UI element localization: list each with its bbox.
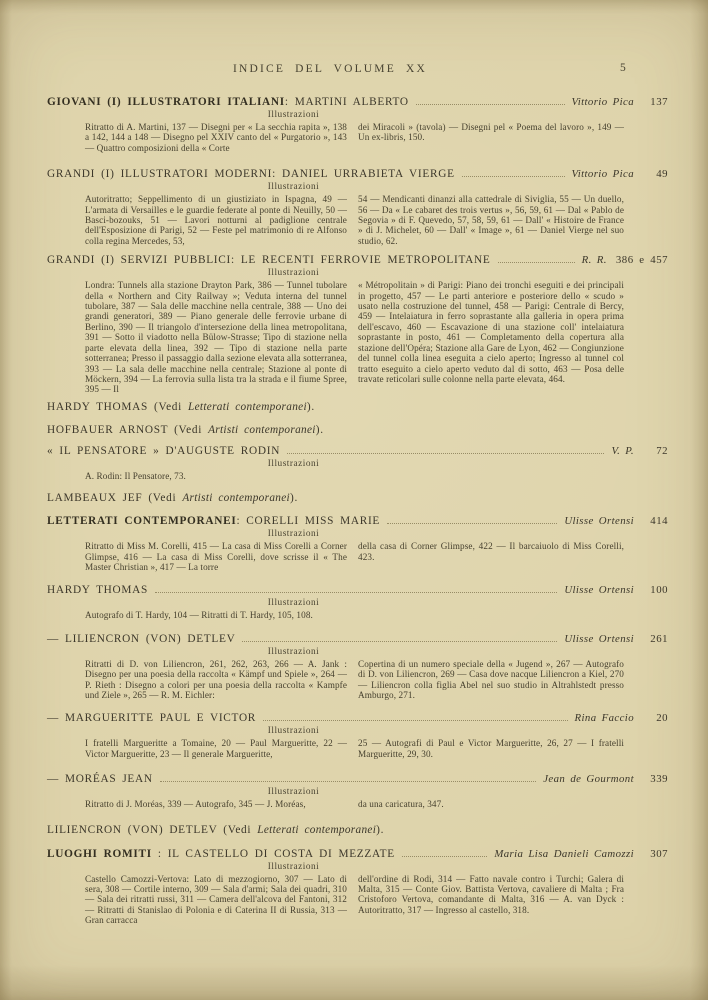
illustrations-list: Ritratto di Miss M. Corelli, 415 — La ca…: [47, 539, 668, 572]
illustrations-list: Ritratti di D. von Liliencron, 261, 262,…: [47, 657, 668, 701]
entry-author: Vittorio Pica: [572, 167, 634, 181]
page-number: 5: [620, 62, 626, 74]
illustrations-list: Autoritratto; Seppellimento di un giusti…: [47, 192, 668, 246]
entry-title: GRANDI (I) SERVIZI PUBBLICI: LE RECENTI …: [47, 253, 491, 267]
illustrations-right-column: [358, 610, 624, 620]
entry-title: HARDY THOMAS: [47, 583, 148, 597]
entry-page-number: 72: [643, 444, 668, 458]
entry-page-number: 307: [643, 847, 668, 861]
entry-title: GRANDI (I) ILLUSTRATORI MODERNI: DANIEL …: [47, 167, 455, 181]
index-entry: HARDY THOMAS Ulisse Ortensi 100 Illustra…: [47, 583, 668, 620]
illustrations-list: Castello Camozzi-Vertova: Lato di mezzog…: [47, 872, 668, 926]
index-entry: LUOGHI ROMITI : IL CASTELLO DI COSTA DI …: [47, 847, 668, 926]
illustrations-right-column: da una caricatura, 347.: [358, 799, 624, 809]
index-entry: — LILIENCRON (VON) DETLEV Ulisse Ortensi…: [47, 632, 668, 701]
entry-author: Ulisse Ortensi: [564, 632, 634, 646]
illustrations-caption: Illustrazioni: [0, 726, 604, 736]
illustrations-caption: Illustrazioni: [0, 268, 604, 278]
illustrations-list: Londra: Tunnels alla stazione Drayton Pa…: [47, 278, 668, 394]
entry-author: R. R.: [582, 253, 607, 267]
illustrations-caption: Illustrazioni: [0, 787, 604, 797]
illustrations-caption: Illustrazioni: [0, 862, 604, 872]
illustrations-left-column: Autoritratto; Seppellimento di un giusti…: [85, 194, 347, 246]
entry-page-number: 386 e 457: [616, 253, 668, 267]
index-entry: LETTERATI CONTEMPORANEI: CORELLI MISS MA…: [47, 514, 668, 572]
index-entry: GRANDI (I) SERVIZI PUBBLICI: LE RECENTI …: [47, 253, 668, 394]
index-entry: GIOVANI (I) ILLUSTRATORI ITALIANI: MARTI…: [47, 95, 668, 153]
entry-page-number: 339: [643, 772, 668, 786]
entry-title: GIOVANI (I) ILLUSTRATORI ITALIANI: MARTI…: [47, 95, 409, 109]
illustrations-left-column: Ritratto di Miss M. Corelli, 415 — La ca…: [85, 541, 347, 572]
dotted-leader: [402, 856, 488, 857]
illustrations-list: I fratelli Margueritte a Tomaine, 20 — P…: [47, 736, 668, 759]
scanned-index-page: INDICE DEL VOLUME XX 5 GIOVANI (I) ILLUS…: [0, 0, 708, 1000]
index-entry-heading: — LILIENCRON (VON) DETLEV Ulisse Ortensi…: [47, 632, 668, 646]
illustrations-right-column: « Métropolitain » di Parigi: Piano dei t…: [358, 280, 624, 394]
illustrations-caption: Illustrazioni: [0, 182, 604, 192]
index-entry-heading: GRANDI (I) SERVIZI PUBBLICI: LE RECENTI …: [47, 253, 668, 267]
illustrations-list: Ritratto di J. Moréas, 339 — Autografo, …: [47, 797, 668, 809]
index-entry-heading: LUOGHI ROMITI : IL CASTELLO DI COSTA DI …: [47, 847, 668, 861]
entry-author: Rina Faccio: [575, 711, 634, 725]
entry-author: V. P.: [611, 444, 634, 458]
dotted-leader: [155, 592, 557, 593]
dotted-leader: [498, 262, 575, 263]
entry-author: Jean de Gourmont: [543, 772, 634, 786]
entry-title: — LILIENCRON (VON) DETLEV: [47, 632, 235, 646]
illustrations-caption: Illustrazioni: [0, 110, 604, 120]
dotted-leader: [416, 104, 565, 105]
entry-page-number: 100: [643, 583, 668, 597]
illustrations-right-column: Copertina di un numero speciale della « …: [358, 659, 624, 701]
illustrations-left-column: Ritratto di J. Moréas, 339 — Autografo, …: [85, 799, 347, 809]
entry-title: LUOGHI ROMITI : IL CASTELLO DI COSTA DI …: [47, 847, 395, 861]
index-entry: — MORÉAS JEAN Jean de Gourmont 339 Illus…: [47, 772, 668, 809]
entry-title: — MARGUERITTE PAUL E VICTOR: [47, 711, 256, 725]
illustrations-left-column: Castello Camozzi-Vertova: Lato di mezzog…: [85, 874, 347, 926]
dotted-leader: [387, 523, 557, 524]
illustrations-right-column: dell'ordine di Rodi, 314 — Fatto navale …: [358, 874, 624, 926]
index-entry-heading: — MORÉAS JEAN Jean de Gourmont 339: [47, 772, 668, 786]
illustrations-caption: Illustrazioni: [0, 647, 604, 657]
index-entry-heading: « IL PENSATORE » D'AUGUSTE RODIN V. P. 7…: [47, 444, 668, 458]
entry-page-number: 414: [643, 514, 668, 528]
index-entry: « IL PENSATORE » D'AUGUSTE RODIN V. P. 7…: [47, 444, 668, 481]
entry-title: LETTERATI CONTEMPORANEI: CORELLI MISS MA…: [47, 514, 380, 528]
dotted-leader: [287, 453, 604, 454]
index-entry-heading: — MARGUERITTE PAUL E VICTOR Rina Faccio …: [47, 711, 668, 725]
illustrations-left-column: I fratelli Margueritte a Tomaine, 20 — P…: [85, 738, 347, 759]
dotted-leader: [263, 720, 567, 721]
index-entry: GRANDI (I) ILLUSTRATORI MODERNI: DANIEL …: [47, 167, 668, 246]
illustrations-caption: Illustrazioni: [0, 529, 604, 539]
entry-page-number: 137: [643, 95, 668, 109]
entry-title: — MORÉAS JEAN: [47, 772, 153, 786]
index-entry: — MARGUERITTE PAUL E VICTOR Rina Faccio …: [47, 711, 668, 759]
illustrations-left-column: Ritratti di D. von Liliencron, 261, 262,…: [85, 659, 347, 701]
entry-page-number: 49: [643, 167, 668, 181]
index-entry-heading: GIOVANI (I) ILLUSTRATORI ITALIANI: MARTI…: [47, 95, 668, 109]
index-cross-reference: HOFBAUER ARNOST (Vedi Artisti contempora…: [47, 423, 668, 437]
index-cross-reference: LAMBEAUX JEF (Vedi Artisti contemporanei…: [47, 491, 668, 505]
page-header-title: INDICE DEL VOLUME XX: [0, 63, 660, 75]
entry-author: Vittorio Pica: [572, 95, 634, 109]
illustrations-caption: Illustrazioni: [0, 598, 604, 608]
dotted-leader: [160, 781, 536, 782]
entry-author: Ulisse Ortensi: [564, 583, 634, 597]
illustrations-right-column: 25 — Autografi di Paul e Victor Margueri…: [358, 738, 624, 759]
illustrations-list: A. Rodin: Il Pensatore, 73.: [47, 469, 668, 481]
illustrations-right-column: dei Miracoli » (tavola) — Disegni pel « …: [358, 122, 624, 153]
illustrations-right-column: [358, 471, 624, 481]
illustrations-left-column: Londra: Tunnels alla stazione Drayton Pa…: [85, 280, 347, 394]
illustrations-right-column: 54 — Mendicanti dinanzi alla cattedrale …: [358, 194, 624, 246]
index-entry-heading: HARDY THOMAS Ulisse Ortensi 100: [47, 583, 668, 597]
dotted-leader: [242, 641, 557, 642]
illustrations-left-column: Ritratto di A. Martini, 137 — Disegni pe…: [85, 122, 347, 153]
dotted-leader: [462, 176, 565, 177]
entry-author: Maria Lisa Danieli Camozzi: [494, 847, 634, 861]
illustrations-list: Ritratto di A. Martini, 137 — Disegni pe…: [47, 120, 668, 153]
entry-page-number: 20: [643, 711, 668, 725]
index-entry-heading: LETTERATI CONTEMPORANEI: CORELLI MISS MA…: [47, 514, 668, 528]
index-content: GIOVANI (I) ILLUSTRATORI ITALIANI: MARTI…: [47, 95, 668, 926]
index-cross-reference: HARDY THOMAS (Vedi Letterati contemporan…: [47, 400, 668, 414]
illustrations-caption: Illustrazioni: [0, 459, 604, 469]
illustrations-left-column: Autografo di T. Hardy, 104 — Ritratti di…: [85, 610, 347, 620]
entry-page-number: 261: [643, 632, 668, 646]
illustrations-right-column: della casa di Corner Glimpse, 422 — Il b…: [358, 541, 624, 572]
index-cross-reference: LILIENCRON (VON) DETLEV (Vedi Letterati …: [47, 823, 668, 837]
illustrations-list: Autografo di T. Hardy, 104 — Ritratti di…: [47, 608, 668, 620]
illustrations-left-column: A. Rodin: Il Pensatore, 73.: [85, 471, 347, 481]
entry-title: « IL PENSATORE » D'AUGUSTE RODIN: [47, 444, 280, 458]
entry-author: Ulisse Ortensi: [564, 514, 634, 528]
index-entry-heading: GRANDI (I) ILLUSTRATORI MODERNI: DANIEL …: [47, 167, 668, 181]
